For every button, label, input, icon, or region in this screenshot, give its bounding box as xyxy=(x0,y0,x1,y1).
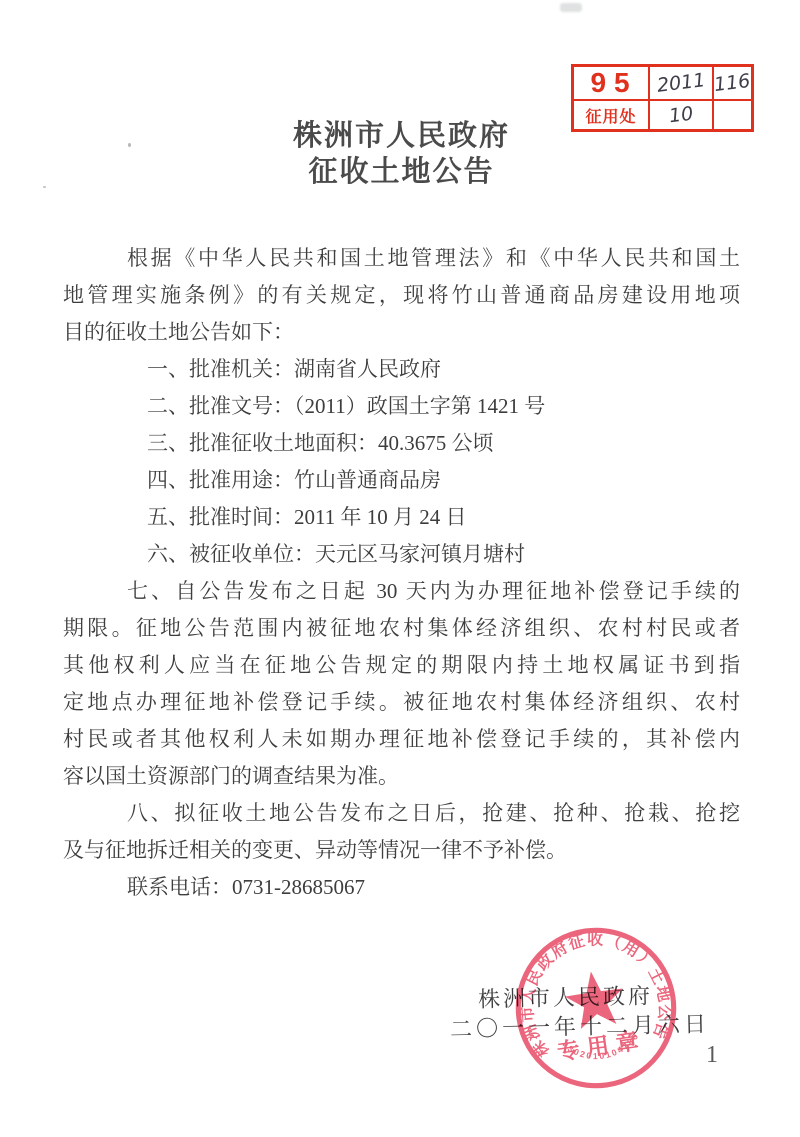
body-line: 容以国土资源部门的调查结果为准。 xyxy=(63,758,740,795)
document-body: 根据《中华人民共和国土地管理法》和《中华人民共和国土 地管理实施条例》的有关规定… xyxy=(63,240,740,906)
stamp-cell-serial: 95 xyxy=(574,67,650,99)
body-line: 地管理实施条例》的有关规定，现将竹山普通商品房建设用地项 xyxy=(63,277,740,314)
body-line-item-4: 四、批准用途：竹山普通商品房 xyxy=(63,462,740,499)
stamp-cell-docno: 116 xyxy=(714,67,751,99)
body-line-item-5: 五、批准时间：2011 年 10 月 24 日 xyxy=(63,499,740,536)
handwritten-year: 2011 xyxy=(656,69,707,97)
title-line-subject: 征收土地公告 xyxy=(63,154,740,190)
body-line-item-6: 六、被征收单位：天元区马家河镇月塘村 xyxy=(63,536,740,573)
body-line-item-3: 三、批准征收土地面积：40.3675 公顷 xyxy=(63,425,740,462)
body-line: 根据《中华人民共和国土地管理法》和《中华人民共和国土 xyxy=(63,240,740,277)
document-page: 95 2011 116 征用处 10 株洲市人民政府 征收土地公告 根据《中华人… xyxy=(0,0,800,1137)
page-number: 1 xyxy=(706,1042,718,1069)
body-line: 其他权利人应当在征地公告规定的期限内持土地权属证书到指 xyxy=(63,647,740,684)
body-line: 定地点办理征地补偿登记手续。被征地农村集体经济组织、农村 xyxy=(63,684,740,721)
signature-date: 二〇一一年十二月六日 xyxy=(450,1007,711,1043)
document-title: 株洲市人民政府 征收土地公告 xyxy=(63,118,740,190)
body-line: 及与征地拆迁相关的变更、异动等情况一律不予补偿。 xyxy=(63,832,740,869)
body-line: 目的征收土地公告如下： xyxy=(63,314,740,351)
handwritten-doc-number: 116 xyxy=(713,70,752,96)
stamp-serial-number: 95 xyxy=(584,67,637,99)
scan-speck xyxy=(43,186,46,188)
body-line-item-1: 一、批准机关：湖南省人民政府 xyxy=(63,351,740,388)
stamp-cell-year: 2011 xyxy=(650,67,714,99)
body-line-item-8: 八、拟征收土地公告发布之日后，抢建、抢种、抢栽、抢挖 xyxy=(63,795,740,832)
body-line-item-7: 七、自公告发布之日起 30 天内为办理征地补偿登记手续的 xyxy=(63,573,740,610)
title-line-issuer: 株洲市人民政府 xyxy=(63,118,740,154)
body-line: 期限。征地公告范围内被征地农村集体经济组织、农村村民或者 xyxy=(63,610,740,647)
body-line-item-2: 二、批准文号：（2011）政国土字第 1421 号 xyxy=(63,388,740,425)
scan-smudge xyxy=(560,3,582,12)
body-line: 村民或者其他权利人未如期办理征地补偿登记手续的，其补偿内 xyxy=(63,721,740,758)
body-line-contact-phone: 联系电话：0731-28685067 xyxy=(63,869,740,906)
